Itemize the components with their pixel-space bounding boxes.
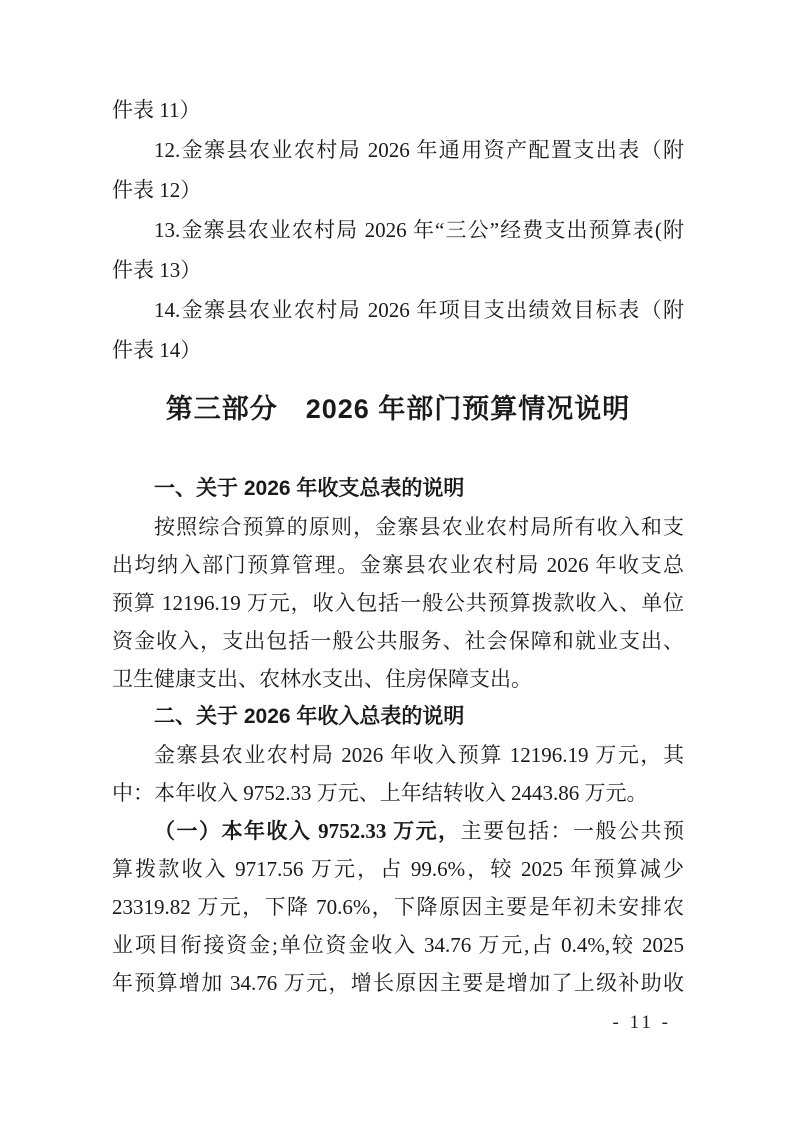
paragraph-line: 中：本年收入 9752.33 万元、上年结转收入 2443.86 万元。 — [112, 774, 684, 812]
document-page: 件表 11） 12.金寨县农业农村局 2026 年通用资产配置支出表（附 件表 … — [0, 0, 793, 1122]
paragraph-line: 资金收入，支出包括一般公共服务、社会保障和就业支出、 — [112, 622, 684, 660]
paragraph-line: 业项目衔接资金;单位资金收入 34.76 万元,占 0.4%,较 2025 — [112, 926, 684, 964]
page-number: - 11 - — [613, 1012, 671, 1034]
paragraph-line: 出均纳入部门预算管理。金寨县农业农村局 2026 年收支总 — [112, 546, 684, 584]
paragraph-line: 卫生健康支出、农林水支出、住房保障支出。 — [112, 660, 684, 698]
attachment-list-line: 件表 14） — [112, 330, 684, 370]
paragraph-line: 算拨款收入 9717.56 万元，占 99.6%，较 2025 年预算减少 — [112, 850, 684, 888]
paragraph-line: 年预算增加 34.76 万元，增长原因主要是增加了上级补助收 — [112, 964, 684, 1002]
attachment-list-line: 12.金寨县农业农村局 2026 年通用资产配置支出表（附 — [112, 130, 684, 170]
attachment-list: 件表 11） 12.金寨县农业农村局 2026 年通用资产配置支出表（附 件表 … — [112, 0, 684, 370]
paragraph-line: 金寨县农业农村局 2026 年收入预算 12196.19 万元，其 — [112, 736, 684, 774]
section1-title: 一、关于 2026 年收支总表的说明 — [112, 470, 684, 508]
attachment-list-line: 13.金寨县农业农村局 2026 年“三公”经费支出预算表(附 — [112, 210, 684, 250]
attachment-list-line: 件表 11） — [112, 90, 684, 130]
paragraph-line: 预算 12196.19 万元，收入包括一般公共预算拨款收入、单位 — [112, 584, 684, 622]
part3-heading: 第三部分 2026 年部门预算情况说明 — [112, 384, 684, 434]
attachment-list-line: 件表 12） — [112, 170, 684, 210]
text-run: 主要包括：一般公共预 — [461, 819, 684, 843]
section2-title: 二、关于 2026 年收入总表的说明 — [112, 698, 684, 736]
attachment-list-line: 件表 13） — [112, 250, 684, 290]
bold-run: （一）本年收入 9752.33 万元， — [154, 819, 461, 843]
budget-explanation-body: 一、关于 2026 年收支总表的说明 按照综合预算的原则，金寨县农业农村局所有收… — [112, 470, 684, 1002]
attachment-list-line: 14.金寨县农业农村局 2026 年项目支出绩效目标表（附 — [112, 290, 684, 330]
paragraph-line: 按照综合预算的原则，金寨县农业农村局所有收入和支 — [112, 508, 684, 546]
paragraph-line: 23319.82 万元，下降 70.6%，下降原因主要是年初未安排农 — [112, 888, 684, 926]
paragraph-line: （一）本年收入 9752.33 万元，主要包括：一般公共预 — [112, 812, 684, 850]
document-content: 件表 11） 12.金寨县农业农村局 2026 年通用资产配置支出表（附 件表 … — [112, 0, 684, 1002]
